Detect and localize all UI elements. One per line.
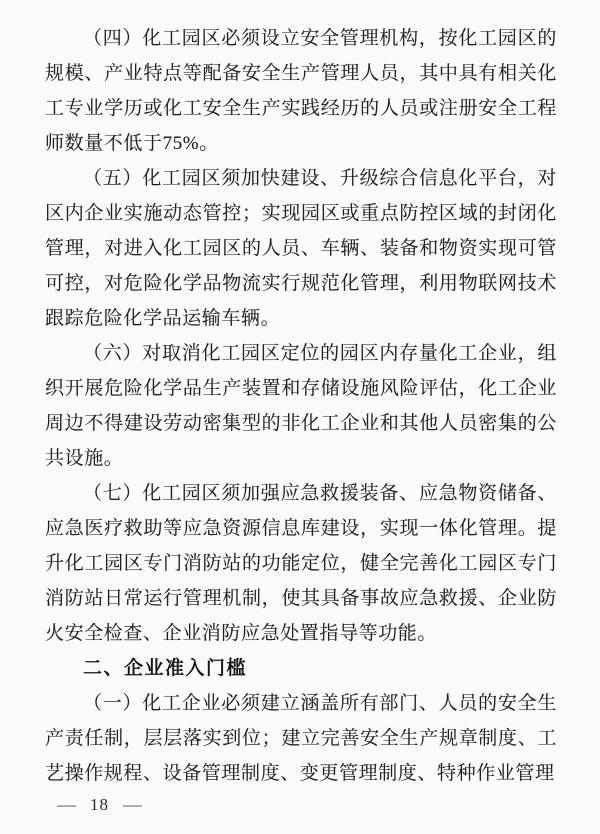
paragraph-item-5: （五）化工园区须加快建设、升级综合信息化平台，对区内企业实施动态管控；实现园区或… xyxy=(45,161,557,336)
page-number: 18 xyxy=(90,795,109,815)
paragraph-item-4: （四）化工园区必须设立安全管理机构，按化工园区的规模、产业特点等配备安全生产管理… xyxy=(45,21,557,161)
paragraph-item-7: （七）化工园区须加强应急救援装备、应急物资储备、应急医疗救助等应急资源信息库建设… xyxy=(45,476,557,651)
section-heading-enterprise-entry-threshold: 二、企业准入门槛 xyxy=(45,651,557,686)
page-footer: — 18 — xyxy=(58,795,141,815)
footer-right-dash: — xyxy=(123,795,142,815)
paragraph-item-6: （六）对取消化工园区定位的园区内存量化工企业，组织开展危险化学品生产装置和存储设… xyxy=(45,336,557,476)
footer-left-dash: — xyxy=(57,795,76,815)
document-page: （四）化工园区必须设立安全管理机构，按化工园区的规模、产业特点等配备安全生产管理… xyxy=(0,0,600,834)
paragraph-item-1: （一）化工企业必须建立涵盖所有部门、人员的安全生产责任制，层层落实到位；建立完善… xyxy=(45,686,557,791)
document-body: （四）化工园区必须设立安全管理机构，按化工园区的规模、产业特点等配备安全生产管理… xyxy=(0,0,600,791)
